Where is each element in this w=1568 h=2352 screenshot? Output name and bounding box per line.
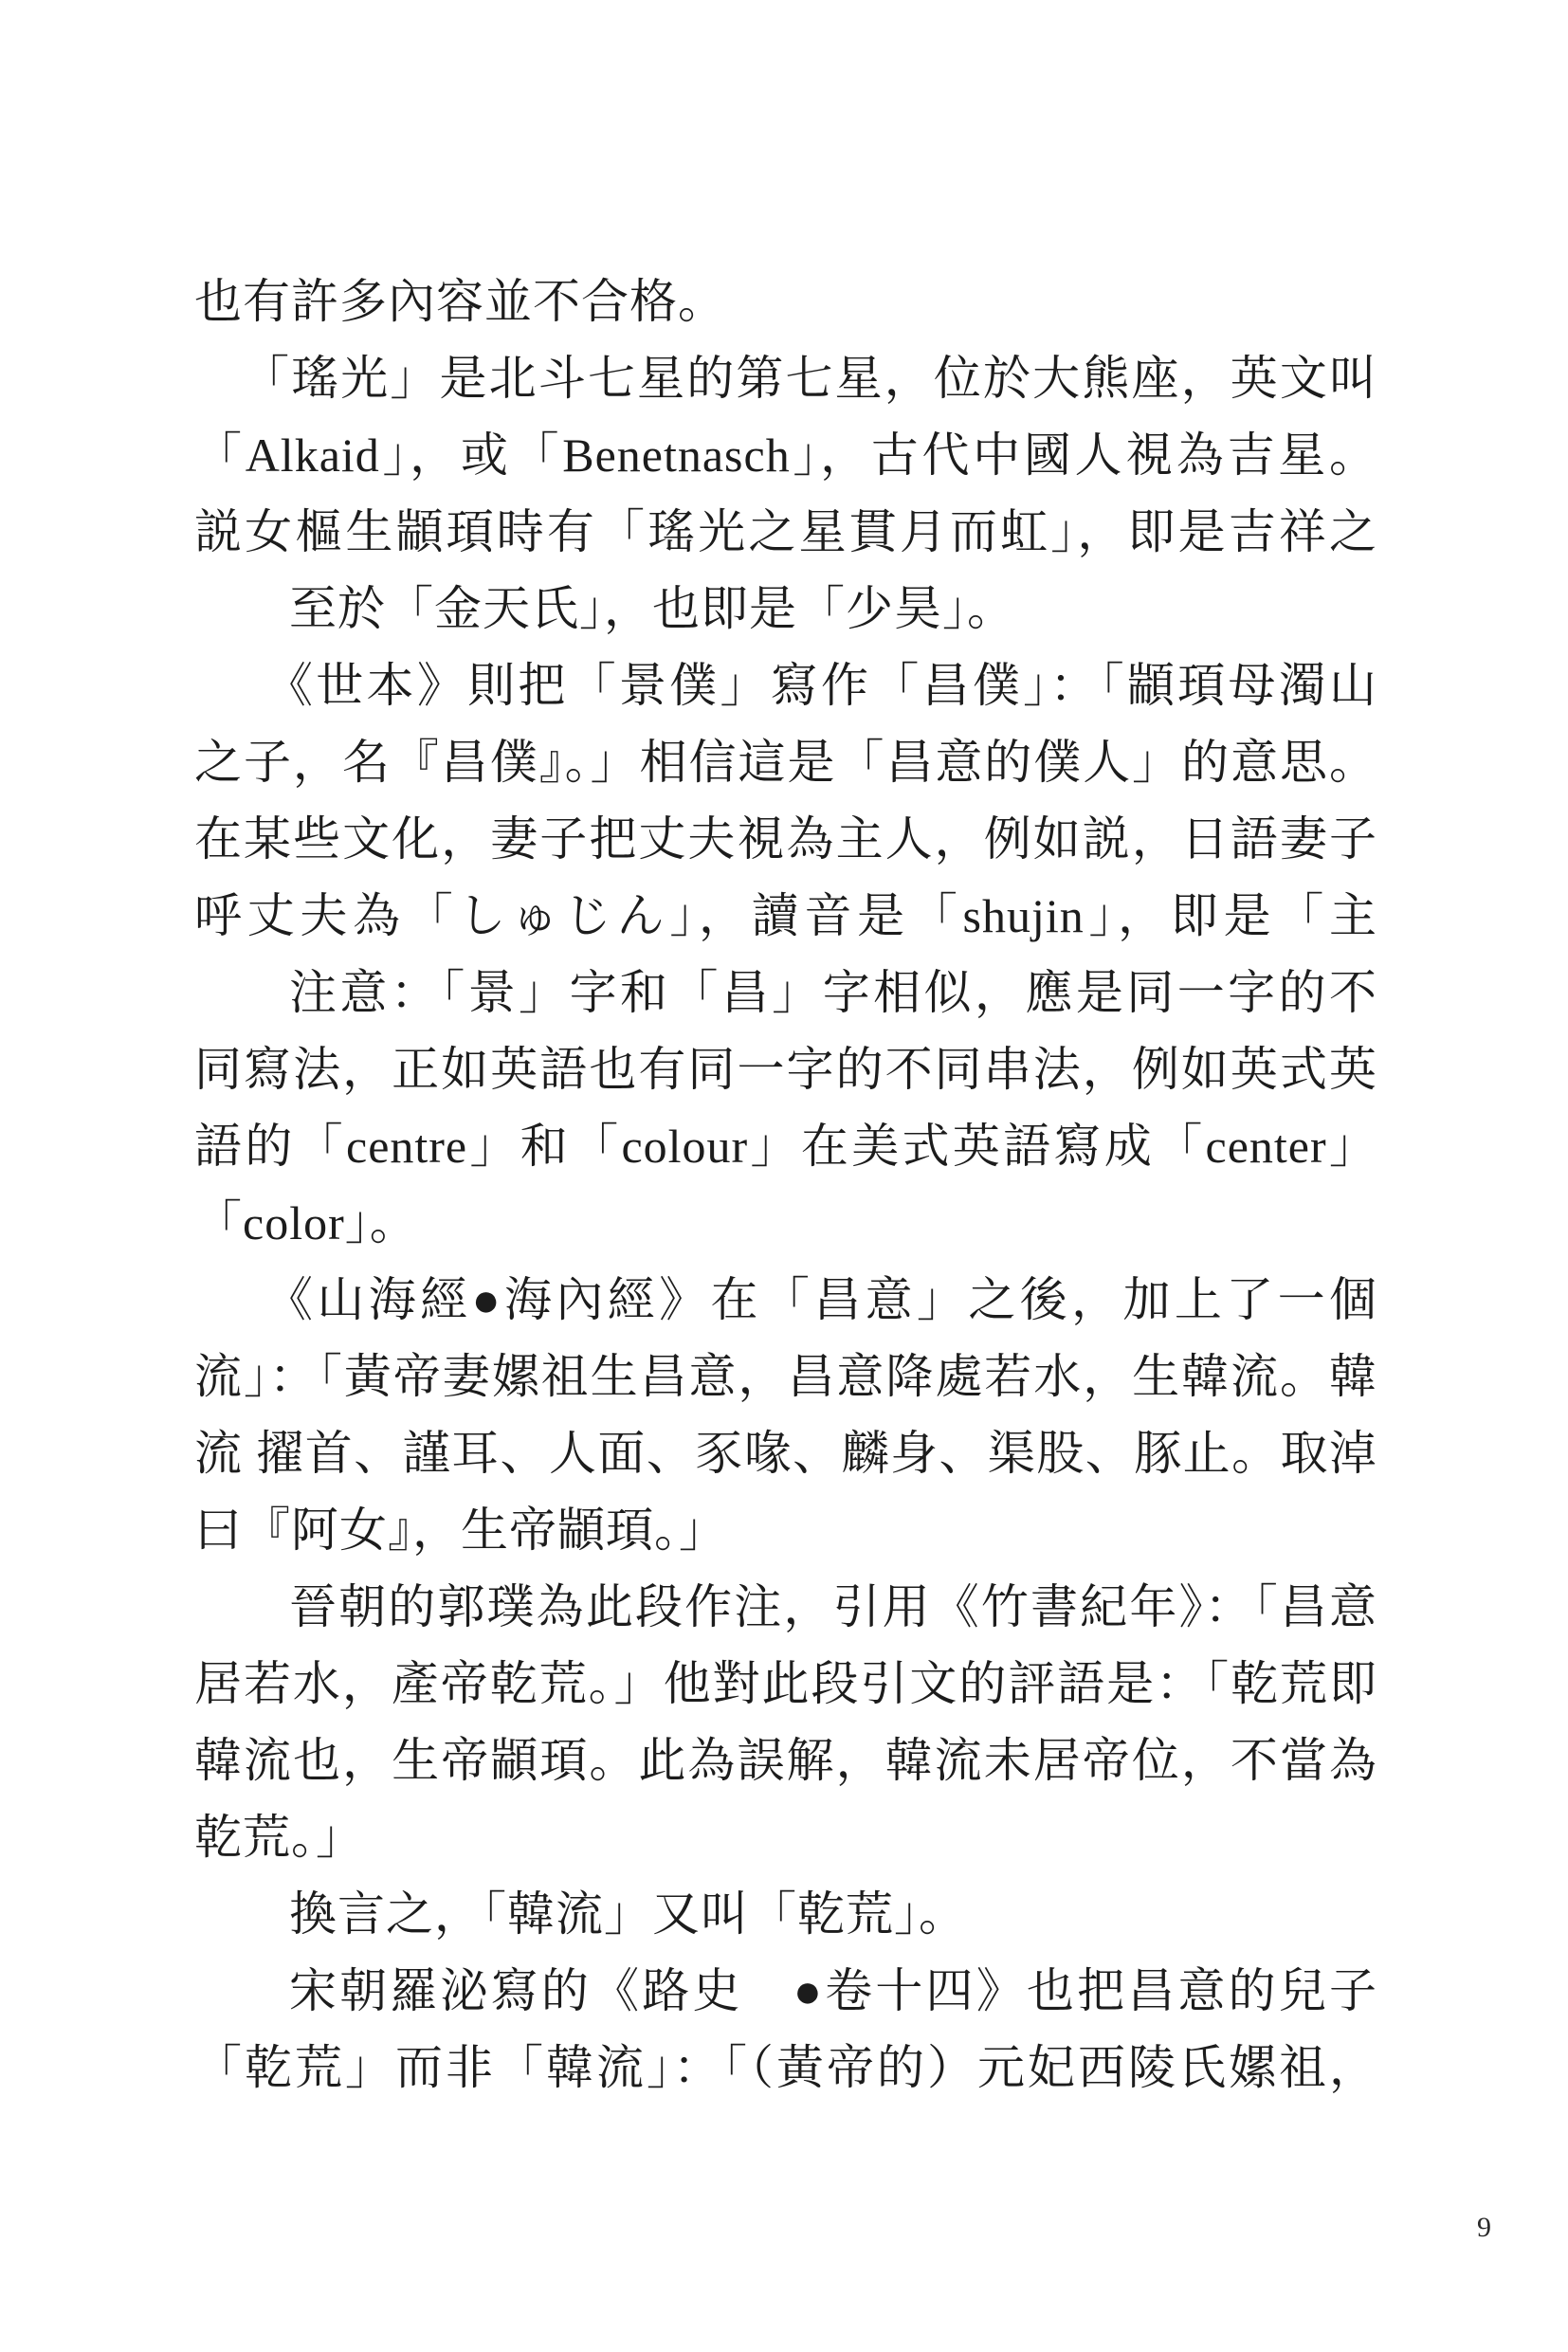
text-line: 居若水，產帝乾荒。」他對此段引文的評語是：「乾荒即	[194, 1646, 1377, 1723]
text-line: 換言之，「韓流」又叫「乾荒」。	[194, 1876, 1377, 1953]
text-line: 「color」。	[194, 1185, 1377, 1262]
text-line: 注意：「景」字和「昌」字相似，應是同一字的不	[194, 955, 1377, 1031]
text-line: 流」：「黃帝妻嫘祖生昌意，昌意降處若水，生韓流。韓	[194, 1339, 1377, 1415]
text-line: 在某些文化，妻子把丈夫視為主人，例如説，日語妻子稱	[194, 801, 1377, 878]
text-line: 晉朝的郭璞為此段作注，引用《竹書紀年》：「昌意降	[194, 1569, 1377, 1646]
page-number: 9	[1477, 2211, 1491, 2245]
page-text: 也有許多內容並不合格。「瑤光」是北斗七星的第七星，位於大熊座，英文叫「Alkai…	[194, 264, 1377, 2106]
text-line: 《山海經●海內經》在「昌意」之後，加上了一個「韓	[194, 1262, 1377, 1339]
text-line: 乾荒。」	[194, 1799, 1377, 1876]
text-line: 呼丈夫為「しゅじん」，讀音是「shujin」，即是「主人」。	[194, 878, 1377, 955]
text-line: 曰『阿女』，生帝顓頊。」	[194, 1492, 1377, 1569]
text-line: 語的「centre」和「colour」在美式英語寫成「center」和	[194, 1108, 1377, 1185]
text-line: 韓流也，生帝顓頊。此為誤解，韓流未居帝位，不當為帝	[194, 1723, 1377, 1799]
text-line: 「Alkaid」，或「Benetnasch」，古代中國人視為吉星。上文	[194, 417, 1377, 494]
text-line: 《世本》則把「景僕」寫作「昌僕」：「顓頊母濁山氏	[194, 647, 1377, 724]
text-line: 説女樞生顓頊時有「瑤光之星貫月而虹」，即是吉祥之兆。	[194, 494, 1377, 571]
text-line: 流 擢首、謹耳、人面、豕喙、麟身、渠股、豚止。取淖子，	[194, 1415, 1377, 1492]
text-line: 「乾荒」而非「韓流」：「（黃帝的）元妃西陵氏嫘祖，	[194, 2030, 1377, 2106]
text-line: 「瑤光」是北斗七星的第七星，位於大熊座，英文叫	[194, 340, 1377, 417]
text-line: 之子，名『昌僕』。」相信這是「昌意的僕人」的意思。	[194, 724, 1377, 801]
text-line: 同寫法，正如英語也有同一字的不同串法，例如英式英	[194, 1031, 1377, 1108]
text-line: 宋朝羅泌寫的《路史 ●卷十四》也把昌意的兒子稱作	[194, 1953, 1377, 2030]
text-line: 至於「金天氏」，也即是「少昊」。	[194, 571, 1377, 647]
book-page: 也有許多內容並不合格。「瑤光」是北斗七星的第七星，位於大熊座，英文叫「Alkai…	[0, 0, 1568, 2352]
text-line: 也有許多內容並不合格。	[194, 264, 1377, 340]
